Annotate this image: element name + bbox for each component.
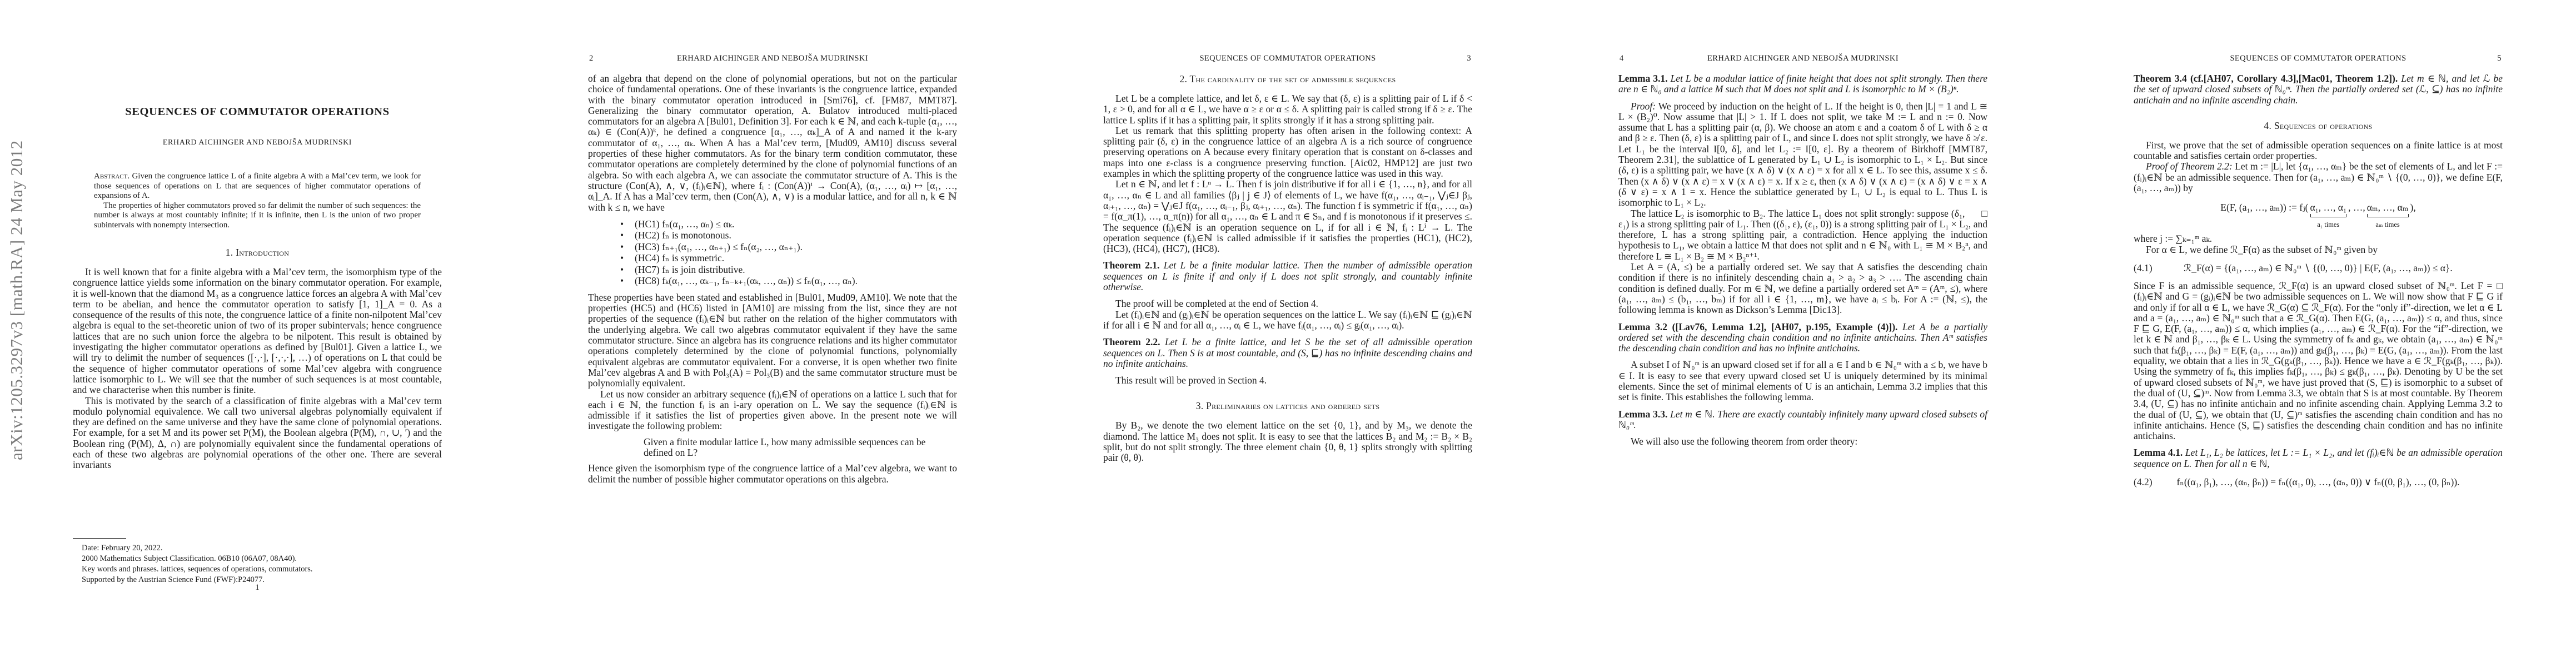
- theorem-label: Lemma 3.2 ([Lav76, Lemma 1.2], [AH07, p.…: [1618, 321, 1897, 332]
- qed-symbol: □: [1969, 208, 1987, 219]
- page-1: SEQUENCES OF COMMUTATOR OPERATIONSERHARD…: [0, 0, 515, 667]
- proof-text: We proceed by induction on the height of…: [1618, 101, 1987, 208]
- header-page-number: 5: [2497, 54, 2502, 63]
- paragraph: Let n ∈ ℕ, and let f : Lⁿ → L. Then f is…: [1103, 179, 1472, 254]
- theorem-statement: Let m ∈ ℕ. There are exactly countably i…: [1618, 409, 1987, 430]
- theorem: Theorem 2.2. Let L be a finite lattice, …: [1103, 337, 1472, 369]
- paragraph-text: Let us remark that this splitting proper…: [1103, 125, 1472, 179]
- underbrace-group: αₘ, …, αₘaₘ times: [2367, 202, 2409, 230]
- property-item: (HC1) fₙ(α₁, …, αₙ) ≤ αₖ.: [620, 218, 957, 230]
- paragraph: The proof will be completed at the end o…: [1103, 298, 1472, 309]
- page-content: Lemma 3.1. Let L be a modular lattice of…: [1618, 73, 1987, 447]
- equation-tag: (4.2): [2134, 476, 2153, 487]
- display-equation: (4.2)fₙ((α₁, β₁), …, (αₙ, βₙ)) = fₙ((α₁,…: [2134, 476, 2503, 487]
- paper-authors: ERHARD AICHINGER AND NEBOJŠA MUDRINSKI: [73, 138, 442, 147]
- paragraph: This is motivated by the search of a cla…: [73, 396, 442, 471]
- abstract-paragraph: The properties of higher commutators pro…: [94, 201, 421, 231]
- paragraph-text: of an algebra that depend on the clone o…: [588, 73, 957, 213]
- underbrace-group: α₁, …, α₁a₁ times: [2310, 202, 2347, 230]
- underbrace-label: a₁ times: [2317, 219, 2339, 230]
- paragraph-text: This is motivated by the search of a cla…: [73, 395, 442, 471]
- running-title: ERHARD AICHINGER AND NEBOJŠA MUDRINSKI: [588, 54, 957, 63]
- equation-text: E(F, (a₁, …, aₘ)) := fⱼ(: [2220, 202, 2308, 213]
- paragraph-text: Let L be a complete lattice, and let δ, …: [1103, 93, 1472, 126]
- equation-text: ℛ_F(α) = {(a₁, …, aₘ) ∈ ℕ₀ᵐ ∖ {(0, …, 0)…: [2184, 262, 2453, 273]
- property-list: (HC1) fₙ(α₁, …, αₙ) ≤ αₖ.(HC2) fₙ is mon…: [620, 218, 957, 287]
- paragraph-text: A subset I of ℕ₀ᵐ is an upward closed se…: [1618, 359, 1987, 402]
- property-item: (HC8) fₖ(α₁, …, αₖ₋₁, fₙ₋ₖ₊₁(αₖ, …, αₙ))…: [620, 275, 957, 287]
- property-item: (HC3) fₙ₊₁(α₁, …, αₙ₊₁) ≤ fₙ(α₂, …, αₙ₊₁…: [620, 241, 957, 253]
- theorem-statement: Let L be a modular lattice of finite hei…: [1618, 73, 1987, 94]
- abstract: Abstract. Given the congruence lattice L…: [94, 172, 421, 230]
- paragraph-text: By B₂, we denote the two element lattice…: [1103, 420, 1472, 463]
- paragraph: □The lattice L₂ is isomorphic to B₂. The…: [1618, 208, 1987, 262]
- page-content: 2. The cardinality of the set of admissi…: [1103, 73, 1472, 464]
- display-equation: (4.1)ℛ_F(α) = {(a₁, …, aₘ) ∈ ℕ₀ᵐ ∖ {(0, …: [2134, 262, 2503, 273]
- paragraph-text: It is well known that for a finite algeb…: [73, 266, 442, 395]
- equation-text: , …,: [2348, 202, 2365, 213]
- paragraph: Let L be a complete lattice, and let δ, …: [1103, 93, 1472, 126]
- underbrace-label: aₘ times: [2375, 219, 2399, 230]
- document-sheet: arXiv:1205.3297v3 [math.RA] 24 May 2012 …: [0, 0, 2576, 667]
- abstract-label: Abstract.: [94, 172, 129, 181]
- paragraph: These properties have been stated and es…: [588, 292, 957, 389]
- paragraph-text: The lattice L₂ is isomorphic to B₂. The …: [1618, 208, 1987, 262]
- equation-text: α₁, …, α₁: [2310, 202, 2347, 213]
- theorem: Lemma 4.1. Let L₁, L₂ be lattices, let L…: [2134, 447, 2503, 469]
- abstract-text: Given the congruence lattice L of a fini…: [94, 172, 421, 200]
- paragraph: We will also use the following theorem f…: [1618, 436, 1987, 447]
- arxiv-watermark: arXiv:1205.3297v3 [math.RA] 24 May 2012: [7, 140, 27, 460]
- paragraph: Let us remark that this splitting proper…: [1103, 126, 1472, 179]
- section-heading: 1. Introduction: [73, 247, 442, 258]
- proof-label: Proof:: [1631, 101, 1656, 112]
- page-4: 4ERHARD AICHINGER AND NEBOJŠA MUDRINSKIL…: [1546, 0, 2061, 667]
- page-content: Theorem 3.4 (cf.[AH07, Corollary 4.3],[M…: [2134, 73, 2503, 495]
- abstract-paragraph: Abstract. Given the congruence lattice L…: [94, 172, 421, 201]
- paragraph-text: These properties have been stated and es…: [588, 292, 957, 389]
- theorem: Theorem 3.4 (cf.[AH07, Corollary 4.3],[M…: [2134, 73, 2503, 106]
- paragraph: It is well known that for a finite algeb…: [73, 267, 442, 396]
- theorem: Theorem 2.1. Let L be a finite modular l…: [1103, 260, 1472, 292]
- footnote-block: Date: February 20, 2022.2000 Mathematics…: [73, 538, 442, 585]
- equation-text: αₘ, …, αₘ: [2367, 202, 2409, 213]
- display-equation: E(F, (a₁, …, aₘ)) := fⱼ(α₁, …, α₁a₁ time…: [2134, 202, 2503, 230]
- paragraph: of an algebra that depend on the clone o…: [588, 73, 957, 213]
- page-3: SEQUENCES OF COMMUTATOR OPERATIONS32. Th…: [1030, 0, 1546, 667]
- equation-text: ),: [2410, 202, 2416, 213]
- proof-paragraph: Proof of Theorem 2.2: Let m := |L|, let …: [2134, 161, 2503, 193]
- paper-title: SEQUENCES OF COMMUTATOR OPERATIONS: [73, 106, 442, 118]
- qed-symbol: □: [2497, 281, 2503, 291]
- paragraph: □Since F is an admissible sequence, ℛ_F(…: [2134, 281, 2503, 441]
- paragraph-text: Let us now consider an arbitrary sequenc…: [588, 389, 957, 432]
- footnote-line: Date: February 20, 2022.: [73, 543, 442, 554]
- footnote-line: 2000 Mathematics Subject Classification.…: [73, 554, 442, 564]
- proof-paragraph: Proof: We proceed by induction on the he…: [1618, 101, 1987, 208]
- theorem-label: Lemma 3.1.: [1618, 73, 1668, 84]
- theorem: Lemma 3.2 ([Lav76, Lemma 1.2], [AH07, p.…: [1618, 322, 1987, 354]
- paragraph: By B₂, we denote the two element lattice…: [1103, 420, 1472, 463]
- theorem-label: Lemma 3.3.: [1618, 409, 1667, 420]
- paragraph-text: This result will be proved in Section 4.: [1115, 375, 1267, 386]
- paragraph: Let (fᵢ)ᵢ∈ℕ and (gᵢ)ᵢ∈ℕ be operation seq…: [1103, 310, 1472, 331]
- paragraph: where j := ∑ₖ₌₁ᵐ aₖ.: [2134, 233, 2503, 244]
- paragraph: First, we prove that the set of admissib…: [2134, 140, 2503, 162]
- running-title: SEQUENCES OF COMMUTATOR OPERATIONS: [1103, 54, 1472, 63]
- theorem-label: Theorem 2.1.: [1103, 260, 1159, 271]
- property-item: (HC7) fₙ is join distributive.: [620, 264, 957, 276]
- running-header: 2ERHARD AICHINGER AND NEBOJŠA MUDRINSKI: [588, 54, 957, 65]
- header-page-number: 4: [1620, 54, 1624, 63]
- theorem: Lemma 3.3. Let m ∈ ℕ. There are exactly …: [1618, 409, 1987, 431]
- theorem-statement: Let L₁, L₂ be lattices, let L := L₁ × L₂…: [2134, 447, 2503, 469]
- paragraph: For α ∈ L, we define ℛ_F(α) as the subse…: [2134, 245, 2503, 255]
- header-page-number: 3: [1467, 54, 1471, 63]
- underbrace: [2310, 214, 2347, 217]
- section-heading: 2. The cardinality of the set of admissi…: [1103, 73, 1472, 85]
- running-header: 4ERHARD AICHINGER AND NEBOJŠA MUDRINSKI: [1618, 54, 1987, 65]
- section-heading: 3. Preliminaries on lattices and ordered…: [1103, 400, 1472, 412]
- paragraph-text: Let A = (A, ≤) be a partially ordered se…: [1618, 261, 1987, 315]
- paragraph-text: We will also use the following theorem f…: [1631, 436, 1857, 447]
- page-5: SEQUENCES OF COMMUTATOR OPERATIONS5Theor…: [2061, 0, 2576, 667]
- running-title: SEQUENCES OF COMMUTATOR OPERATIONS: [2134, 54, 2503, 63]
- page-number: 1: [73, 583, 442, 593]
- running-title: ERHARD AICHINGER AND NEBOJŠA MUDRINSKI: [1618, 54, 1987, 63]
- paragraph-text: For α ∈ L, we define ℛ_F(α) as the subse…: [2146, 244, 2378, 255]
- paragraph-text: where j := ∑ₖ₌₁ᵐ aₖ.: [2134, 233, 2212, 244]
- property-item: (HC4) fₙ is symmetric.: [620, 252, 957, 264]
- theorem-label: Theorem 3.4 (cf.[AH07, Corollary 4.3],[M…: [2134, 73, 2398, 84]
- paragraph-text: Let n ∈ ℕ, and let f : Lⁿ → L. Then f is…: [1103, 178, 1472, 254]
- theorem-label: Theorem 2.2.: [1103, 336, 1160, 347]
- paragraph-text: The proof will be completed at the end o…: [1115, 298, 1318, 309]
- running-header: SEQUENCES OF COMMUTATOR OPERATIONS5: [2134, 54, 2503, 65]
- paragraph-text: Let (fᵢ)ᵢ∈ℕ and (gᵢ)ᵢ∈ℕ be operation seq…: [1103, 309, 1472, 331]
- footnote-line: Key words and phrases. lattices, sequenc…: [73, 564, 442, 575]
- problem-statement: Given a finite modular lattice L, how ma…: [644, 437, 935, 459]
- paragraph: Hence given the isomorphism type of the …: [588, 463, 957, 485]
- paragraph: Let us now consider an arbitrary sequenc…: [588, 389, 957, 432]
- paragraph: Let A = (A, ≤) be a partially ordered se…: [1618, 262, 1987, 315]
- paragraph-text: First, we prove that the set of admissib…: [2134, 140, 2503, 161]
- proof-label: Proof of Theorem 2.2:: [2146, 161, 2233, 172]
- running-header: SEQUENCES OF COMMUTATOR OPERATIONS3: [1103, 54, 1472, 65]
- page-content: of an algebra that depend on the clone o…: [588, 73, 957, 485]
- property-item: (HC2) fₙ is monotonous.: [620, 230, 957, 241]
- header-page-number: 2: [589, 54, 594, 63]
- page-content: SEQUENCES OF COMMUTATOR OPERATIONSERHARD…: [73, 106, 442, 471]
- underbrace: [2367, 214, 2409, 217]
- paragraph: This result will be proved in Section 4.: [1103, 375, 1472, 386]
- paragraph-text: Hence given the isomorphism type of the …: [588, 462, 957, 484]
- paragraph-text: Since F is an admissible sequence, ℛ_F(α…: [2134, 280, 2503, 441]
- footnote-rule: [73, 538, 126, 539]
- paragraph: A subset I of ℕ₀ᵐ is an upward closed se…: [1618, 360, 1987, 402]
- equation-tag: (4.1): [2134, 262, 2153, 273]
- equation-text: fₙ((α₁, β₁), …, (αₙ, βₙ)) = fₙ((α₁, 0), …: [2176, 476, 2459, 487]
- page-2: 2ERHARD AICHINGER AND NEBOJŠA MUDRINSKIo…: [515, 0, 1030, 667]
- theorem-label: Lemma 4.1.: [2134, 447, 2183, 458]
- theorem: Lemma 3.1. Let L be a modular lattice of…: [1618, 73, 1987, 95]
- section-heading: 4. Sequences of operations: [2134, 120, 2503, 132]
